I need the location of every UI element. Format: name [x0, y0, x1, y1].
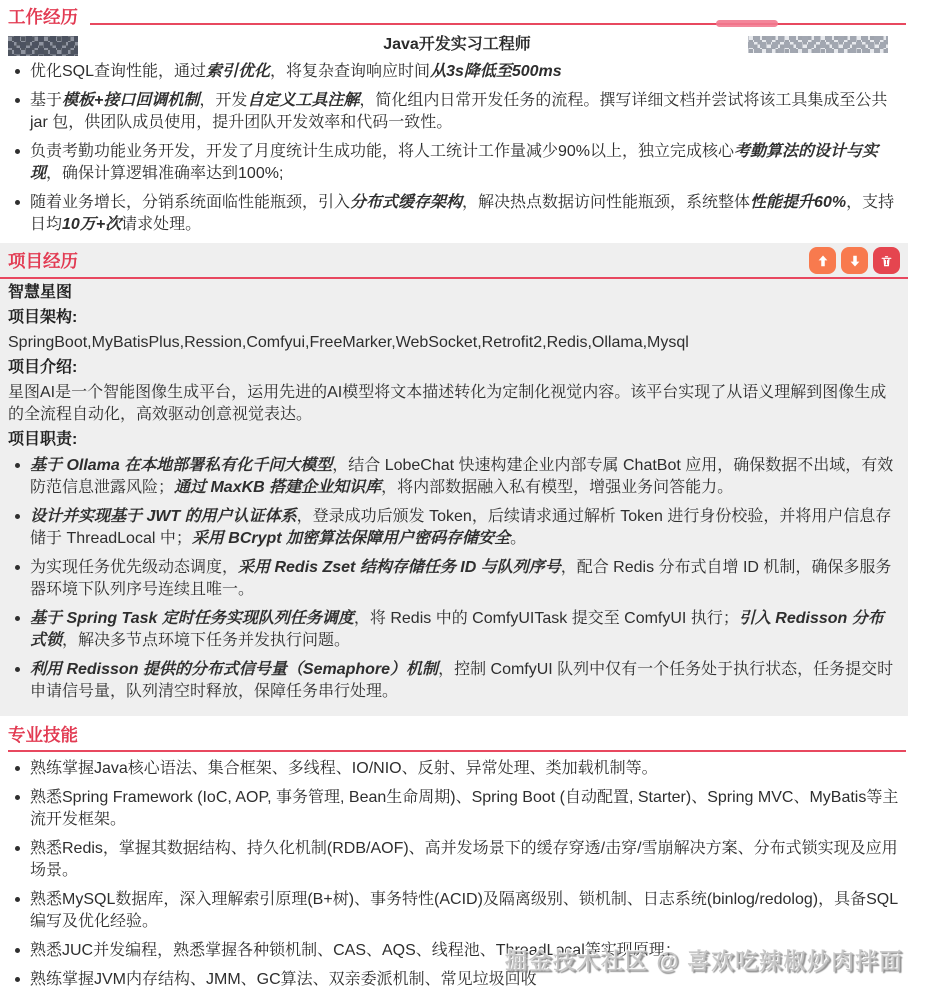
- job-header-row: Java开发实习工程师: [8, 34, 906, 56]
- text-segment: 随着业务增长，分销系统面临性能瓶颈，引入: [30, 194, 350, 211]
- text-segment: ，将内部数据融入私有模型，增强业务问答能力。: [381, 479, 733, 496]
- text-segment: 熟悉JUC并发编程，熟悉掌握各种锁机制、CAS、AQS、线程池、ThreadLo…: [30, 942, 681, 959]
- work-section: 工作经历 Java开发实习工程师 优化SQL查询性能，通过索引优化，将复杂查询响…: [0, 6, 930, 236]
- trash-icon: [880, 254, 893, 268]
- text-segment: ，将复杂查询响应时间: [270, 63, 430, 80]
- bullet-item: 熟悉Spring Framework (IoC, AOP, 事务管理, Bean…: [8, 787, 906, 831]
- bullet-item: 熟练掌握JVM内存结构、JMM、GC算法、双亲委派机制、常见垃圾回收: [8, 969, 906, 991]
- down-arrow-icon: [848, 254, 862, 268]
- text-segment: 负责考勤功能业务开发，开发了月度统计生成功能，将人工统计工作量减少90%以上，独…: [30, 143, 734, 160]
- emphasized-text: 分布式缓存架构: [350, 194, 462, 211]
- architecture-value: SpringBoot,MyBatisPlus,Ression,Comfyui,F…: [8, 332, 894, 354]
- emphasized-text: 自定义工具注解: [247, 92, 359, 109]
- skills-section-title: 专业技能: [8, 724, 906, 746]
- text-segment: ，开发: [199, 92, 247, 109]
- bullet-item: 为实现任务优先级动态调度，采用 Redis Zset 结构存储任务 ID 与队列…: [8, 557, 898, 601]
- move-up-button[interactable]: [809, 247, 836, 274]
- text-segment: 熟悉Redis，掌握其数据结构、持久化机制(RDB/AOF)、高并发场景下的缓存…: [30, 840, 898, 879]
- intro-text: 星图AI是一个智能图像生成平台，运用先进的AI模型将文本描述转化为定制化视觉内容…: [8, 382, 894, 426]
- resume-page: 工作经历 Java开发实习工程师 优化SQL查询性能，通过索引优化，将复杂查询响…: [0, 0, 930, 1004]
- work-section-title: 工作经历: [8, 6, 78, 28]
- bullet-item: 设计并实现基于 JWT 的用户认证体系，登录成功后颁发 Token，后续请求通过…: [8, 506, 898, 550]
- bullet-item: 随着业务增长，分销系统面临性能瓶颈，引入分布式缓存架构，解决热点数据访问性能瓶颈…: [8, 192, 906, 236]
- bullet-item: 基于模板+接口回调机制，开发自定义工具注解，简化组内日常开发任务的流程。撰写详细…: [8, 90, 906, 134]
- bullet-item: 熟悉Redis，掌握其数据结构、持久化机制(RDB/AOF)、高并发场景下的缓存…: [8, 838, 906, 882]
- bullet-item: 负责考勤功能业务开发，开发了月度统计生成功能，将人工统计工作量减少90%以上，独…: [8, 141, 906, 185]
- text-segment: 。: [510, 530, 526, 547]
- emphasized-text: 基于 Spring Task 定时任务实现队列任务调度: [30, 610, 354, 627]
- redaction-smudge: [716, 20, 778, 27]
- text-segment: ，解决热点数据访问性能瓶颈，系统整体: [462, 194, 750, 211]
- text-segment: 为实现任务优先级动态调度，: [30, 559, 238, 576]
- project-section: 项目经历 智慧星图 项目架构: [0, 243, 908, 716]
- text-segment: ，确保计算逻辑准确率达到100%;: [46, 165, 283, 182]
- skills-bullet-list: 熟练掌握Java核心语法、集合框架、多线程、IO/NIO、反射、异常处理、类加载…: [8, 758, 906, 991]
- project-bullet-list: 基于 Ollama 在本地部署私有化千问大模型，结合 LobeChat 快速构建…: [8, 455, 898, 703]
- work-section-header: 工作经历: [8, 6, 906, 28]
- emphasized-text: 10万+次: [62, 216, 121, 233]
- text-segment: 基于: [30, 92, 62, 109]
- emphasized-text: 设计并实现基于 JWT 的用户认证体系: [30, 508, 297, 525]
- project-toolbar: [809, 247, 900, 274]
- work-bullet-list: 优化SQL查询性能，通过索引优化，将复杂查询响应时间从3s降低至500ms基于模…: [8, 61, 906, 236]
- delete-button[interactable]: [873, 247, 900, 274]
- bullet-item: 基于 Spring Task 定时任务实现队列任务调度，将 Redis 中的 C…: [8, 608, 898, 652]
- text-segment: 请求处理。: [121, 216, 201, 233]
- bullet-item: 优化SQL查询性能，通过索引优化，将复杂查询响应时间从3s降低至500ms: [8, 61, 906, 83]
- project-section-title: 项目经历: [8, 250, 78, 272]
- emphasized-text: 模板+接口回调机制: [62, 92, 199, 109]
- skills-section-header: 专业技能: [8, 724, 906, 752]
- emphasized-text: 利用 Redisson 提供的分布式信号量（Semaphore）机制: [30, 661, 438, 678]
- bullet-item: 熟练掌握Java核心语法、集合框架、多线程、IO/NIO、反射、异常处理、类加载…: [8, 758, 906, 780]
- emphasized-text: 采用 Redis Zset 结构存储任务 ID 与队列序号: [238, 559, 561, 576]
- project-section-header: 项目经历: [0, 243, 908, 279]
- text-segment: 熟悉MySQL数据库，深入理解索引原理(B+树)、事务特性(ACID)及隔离级别…: [30, 891, 898, 930]
- architecture-label: 项目架构:: [8, 307, 894, 329]
- project-name: 智慧星图: [8, 282, 894, 304]
- bullet-item: 熟悉MySQL数据库，深入理解索引原理(B+树)、事务特性(ACID)及隔离级别…: [8, 889, 906, 933]
- emphasized-text: 性能提升60%: [750, 194, 846, 211]
- emphasized-text: 索引优化: [206, 63, 270, 80]
- text-segment: 优化SQL查询性能，通过: [30, 63, 206, 80]
- bullet-item: 利用 Redisson 提供的分布式信号量（Semaphore）机制，控制 Co…: [8, 659, 898, 703]
- emphasized-text: 基于 Ollama 在本地部署私有化千问大模型: [30, 457, 332, 474]
- redacted-dates-blur: [748, 36, 888, 53]
- bullet-item: 基于 Ollama 在本地部署私有化千问大模型，结合 LobeChat 快速构建…: [8, 455, 898, 499]
- text-segment: ，解决多节点环境下任务并发执行问题。: [62, 632, 350, 649]
- work-title-rule: [90, 23, 906, 25]
- up-arrow-icon: [816, 254, 830, 268]
- skills-section: 专业技能 熟练掌握Java核心语法、集合框架、多线程、IO/NIO、反射、异常处…: [0, 724, 930, 991]
- intro-label: 项目介绍:: [8, 357, 894, 379]
- bullet-item: 熟悉JUC并发编程，熟悉掌握各种锁机制、CAS、AQS、线程池、ThreadLo…: [8, 940, 906, 962]
- text-segment: 熟练掌握JVM内存结构、JMM、GC算法、双亲委派机制、常见垃圾回收: [30, 971, 537, 988]
- move-down-button[interactable]: [841, 247, 868, 274]
- emphasized-text: 通过 MaxKB 搭建企业知识库: [174, 479, 381, 496]
- text-segment: 熟练掌握Java核心语法、集合框架、多线程、IO/NIO、反射、异常处理、类加载…: [30, 760, 658, 777]
- text-segment: 熟悉Spring Framework (IoC, AOP, 事务管理, Bean…: [30, 789, 898, 828]
- duties-label: 项目职责:: [8, 429, 894, 451]
- emphasized-text: 采用 BCrypt 加密算法保障用户密码存储安全: [192, 530, 510, 547]
- emphasized-text: 从3s降低至500ms: [430, 63, 562, 80]
- text-segment: ，将 Redis 中的 ComfyUITask 提交至 ComfyUI 执行；: [354, 610, 739, 627]
